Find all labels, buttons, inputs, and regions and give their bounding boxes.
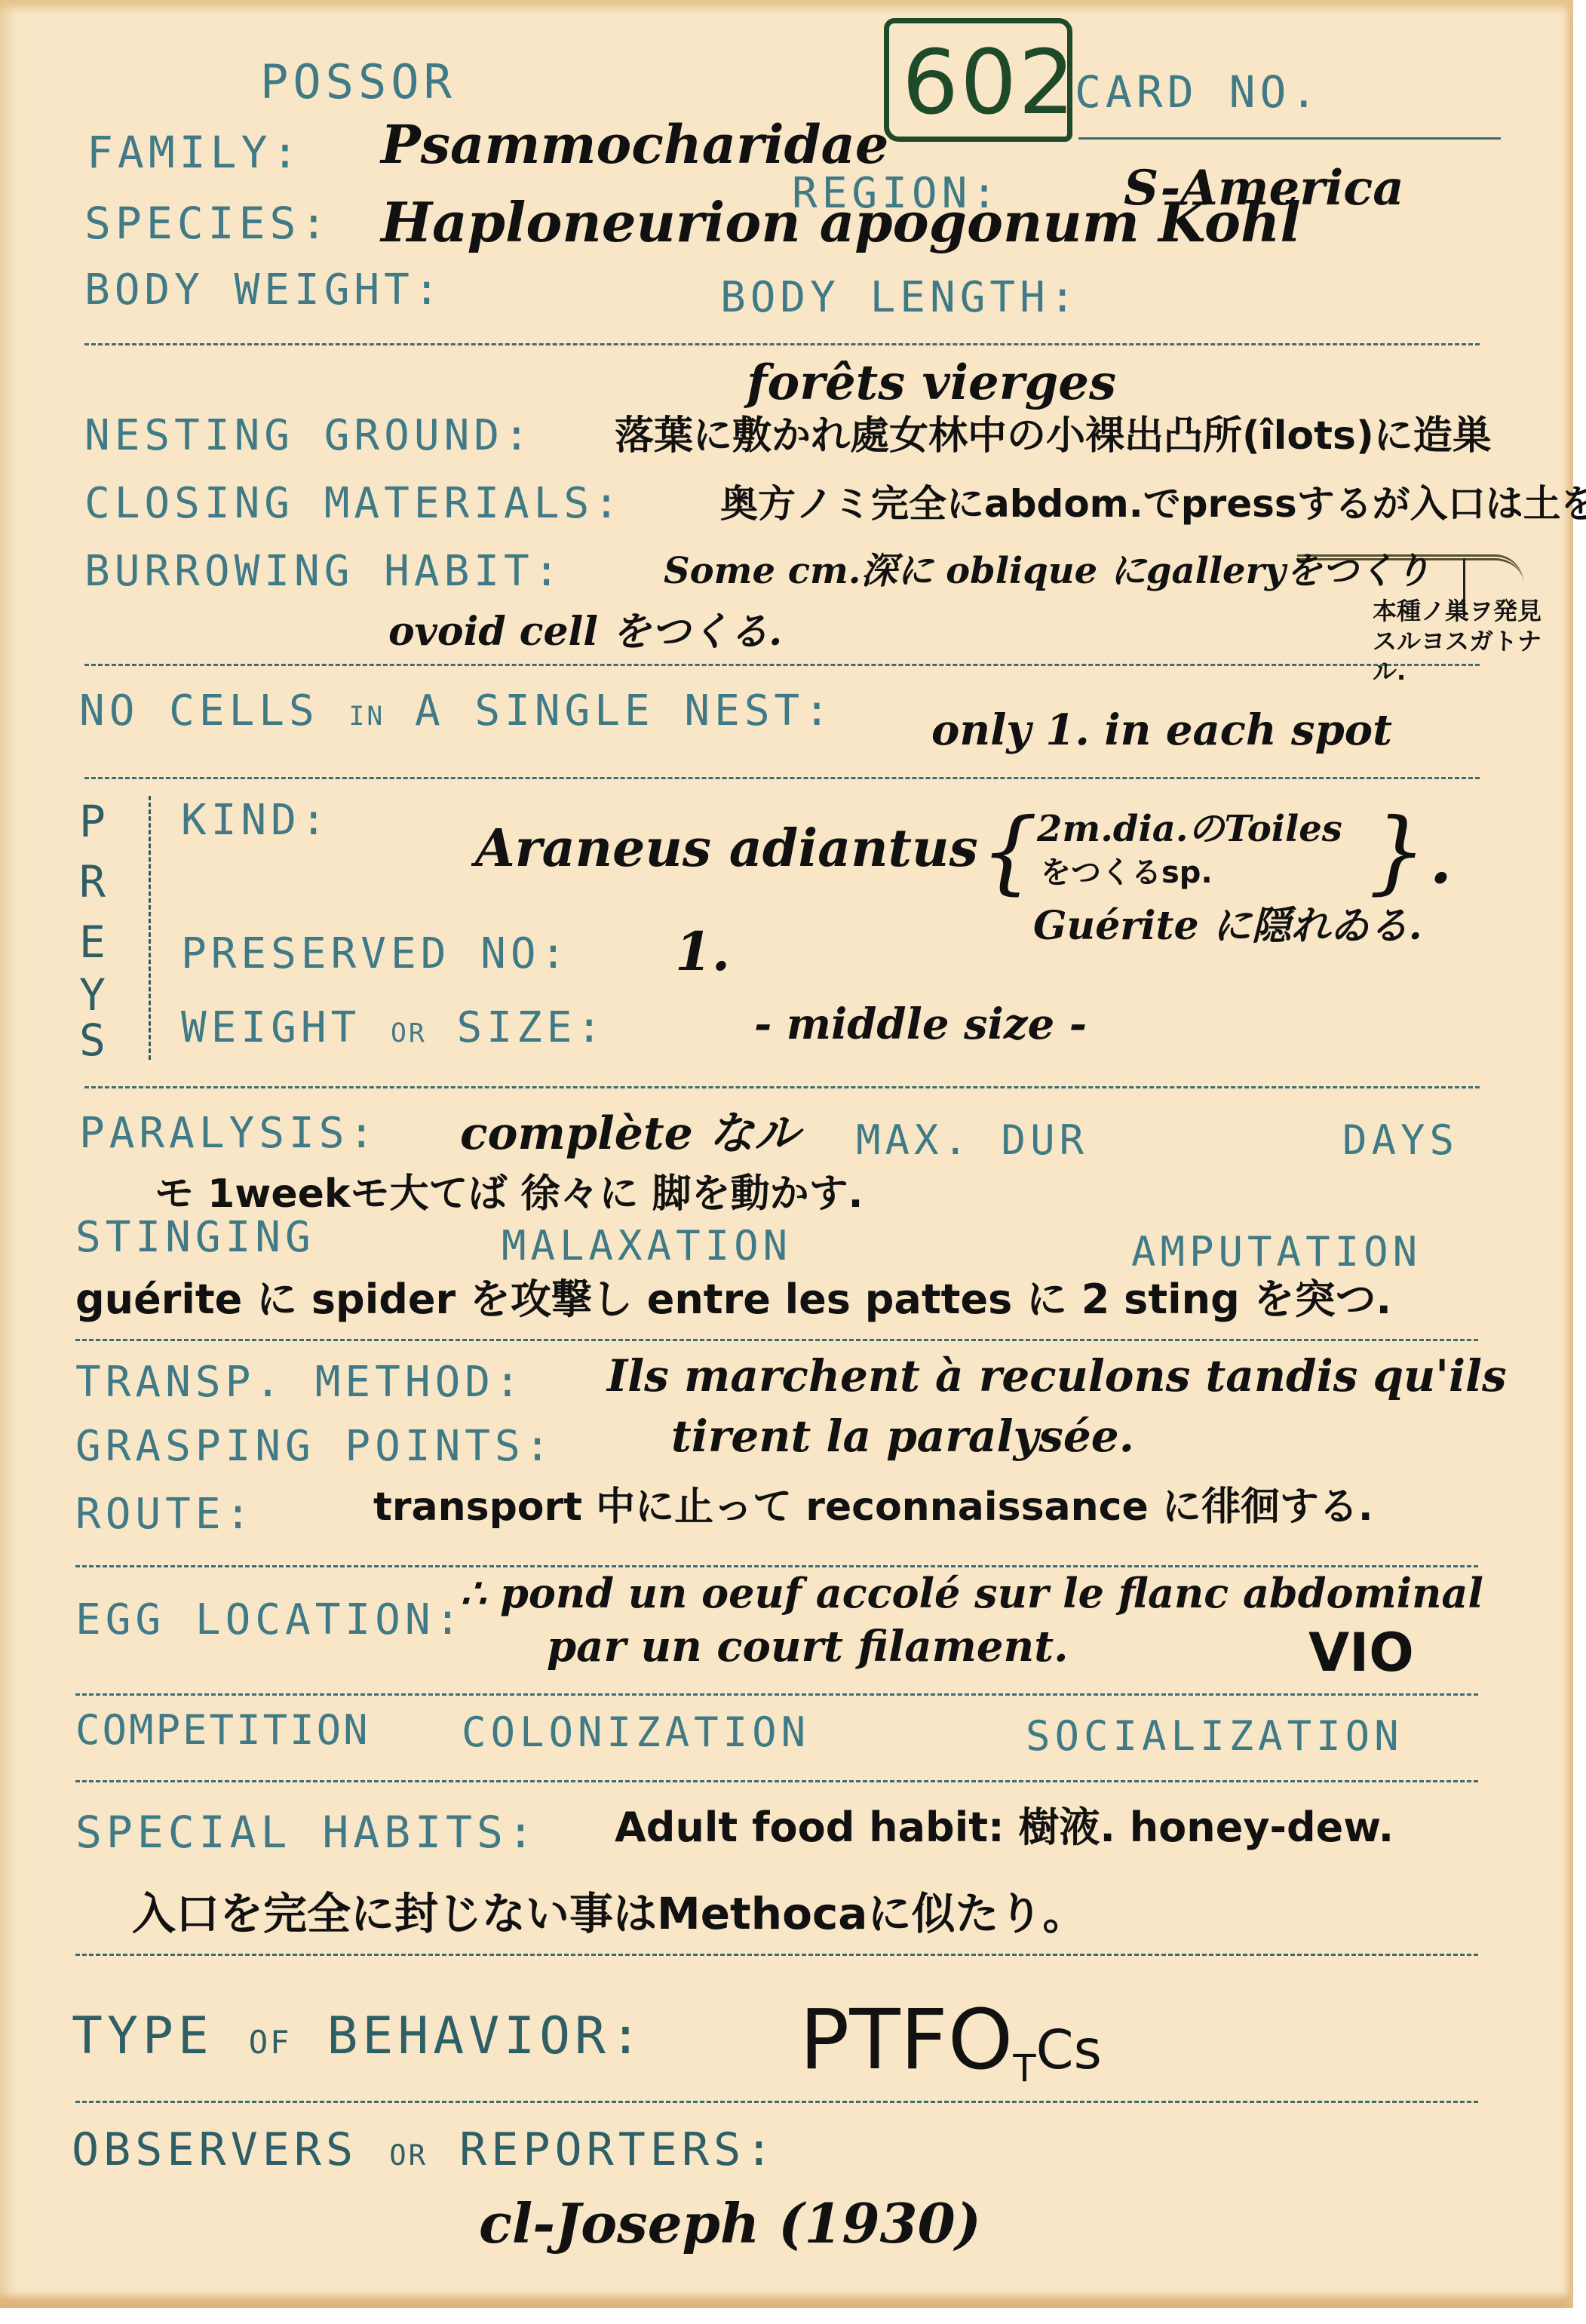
burrowing-habit-label: BURROWING HABIT: [84,547,563,596]
card-number: 602 [902,30,1076,134]
observers-value: cl-Joseph (1930) [479,2191,981,2255]
nesting-ground-annotation: forêts vierges [747,355,1116,411]
prey-kind-value: Araneus adiantus [475,818,978,879]
or-label: OR [391,1018,427,1048]
divider [84,1086,1480,1088]
preys-letter-y: Y [79,969,106,1021]
observers-label-a: OBSERVERS [72,2123,357,2176]
behavior-code-sub-1: T [1013,2046,1035,2090]
divider [75,1780,1478,1782]
nesting-ground-label: NESTING GROUND: [84,411,534,460]
prey-kind-note-3: Guérite に隠れゐる. [1033,894,1422,950]
transp-method-value: Ils marchent à reculons tandis qu'ils [607,1350,1507,1401]
preserved-no-label: PRESERVED NO: [181,929,570,978]
body-weight-label: BODY WEIGHT: [84,266,444,315]
category-label: POSSOR [260,54,456,109]
closing-materials-label: CLOSING MATERIALS: [84,479,624,528]
route-value: transport 中に止って reconnaissance に徘徊する. [373,1475,1373,1531]
paralysis-value-1: complète なル [460,1098,799,1162]
type-of-behavior-label: TYPE OF BEHAVIOR: [72,2006,646,2066]
special-habits-label: SPECIAL HABITS: [75,1807,538,1858]
size-label: SIZE: [457,1003,607,1052]
stinging-value: guérite に spider を攻撃し entre les pattes に… [75,1267,1391,1325]
malaxation-label: MALAXATION [502,1222,792,1269]
behavior-code-sub-2: Cs [1036,2019,1102,2081]
nesting-ground-value: 落葉に敷かれ處女林中の小裸出凸所(îlots)に造巣 [615,404,1492,460]
burrowing-habit-value-2: ovoid cell をつくる. [388,600,782,656]
burrowing-habit-value-1: Some cm.深に oblique にgalleryをつくり [664,542,1431,594]
prey-kind-note-1: 2m.dia.のToiles [1037,800,1342,852]
card-number-label: CARD NO. [1075,66,1321,118]
max-dur-label: MAX. DUR [856,1116,1088,1164]
divider [75,1693,1478,1696]
divider [75,1565,1478,1567]
stinging-label: STINGING [75,1213,315,1262]
prey-kind-brace-close: }. [1369,800,1456,904]
egg-location-value-2: par un court filament. [547,1622,1069,1672]
closing-materials-value: 奥方ノミ完全にabdom.でpressするが入口は土を填メズ [720,474,1586,528]
preys-letter-e: E [79,916,106,968]
family-value: Psammocharidae [381,113,888,176]
egg-location-value-1: ∴ pond un oeuf accolé sur le flanc abdom… [460,1569,1483,1617]
of-label: OF [249,2024,292,2061]
prey-kind-brace-open: { [980,800,1038,904]
observers-label-or: OR [389,2138,428,2172]
divider [75,1339,1478,1341]
body-length-label: BODY LENGTH: [720,273,1080,322]
preserved-no-value: 1. [675,920,730,983]
cells-value: only 1. in each spot [931,705,1392,755]
transp-method-label: TRANSP. METHOD: [75,1358,525,1407]
behavior-label: BEHAVIOR: [327,2006,645,2066]
type-of-behavior-value: PTFOTCs [799,1991,1102,2090]
prey-kind-label: KIND: [181,796,331,845]
weight-label: WEIGHT [181,1003,360,1052]
prey-kind-note-2: をつくるsp. [1041,849,1213,892]
colonization-label: COLONIZATION [462,1708,810,1756]
divider [75,1954,1478,1956]
species-label: SPECIES: [84,198,331,249]
type-label: TYPE [72,2006,213,2066]
weight-or-size-label: WEIGHT OR SIZE: [181,1003,606,1052]
divider [84,777,1480,779]
special-habits-value-2: 入口を完全に封じない事はMethocaに似たり。 [132,1878,1086,1942]
observers-label-b: REPORTERS: [459,2123,777,2176]
card-number-underline [1078,137,1501,140]
index-card: POSSOR 602 CARD NO. FAMILY: Psammocharid… [0,0,1573,2308]
preys-letter-p: P [79,796,106,847]
days-label: DAYS [1342,1116,1459,1164]
grasping-points-value: tirent la paralysée. [671,1411,1134,1462]
preys-vertical-rule [149,796,151,1060]
divider [75,2101,1478,2103]
egg-location-code: VIO [1308,1622,1414,1684]
paralysis-value-2: モ 1weekモ大てば 徐々に 脚を動かす. [155,1162,863,1218]
cells-label-in: IN [348,701,385,732]
preys-letter-r: R [79,856,106,907]
divider [84,664,1480,666]
special-habits-value-1: Adult food habit: 樹液. honey-dew. [615,1795,1394,1853]
family-label: FAMILY: [87,127,302,178]
paralysis-label: PARALYSIS: [79,1109,379,1158]
cells-label-rest: A SINGLE NEST: [415,686,834,735]
behavior-code-main: PTFO [799,1991,1013,2088]
cells-label: NO CELLS IN A SINGLE NEST: [79,686,834,735]
grasping-points-label: GRASPING POINTS: [75,1422,554,1471]
preys-letter-s: S [79,1015,106,1066]
species-value: Haploneurion apogonum Kohl [381,190,1301,254]
route-label: ROUTE: [75,1490,255,1539]
observers-label: OBSERVERS OR REPORTERS: [72,2123,777,2176]
egg-location-label: EGG LOCATION: [75,1595,465,1644]
burrowing-habit-side-note: 本種ノ巣ヲ発見スルヨスガトナル. [1373,596,1546,686]
competition-label: COMPETITION [75,1706,370,1754]
cells-label-main: NO CELLS [79,686,319,735]
socialization-label: SOCIALIZATION [1026,1712,1403,1760]
weight-or-size-value: - middle size - [754,999,1087,1049]
divider [84,343,1480,345]
